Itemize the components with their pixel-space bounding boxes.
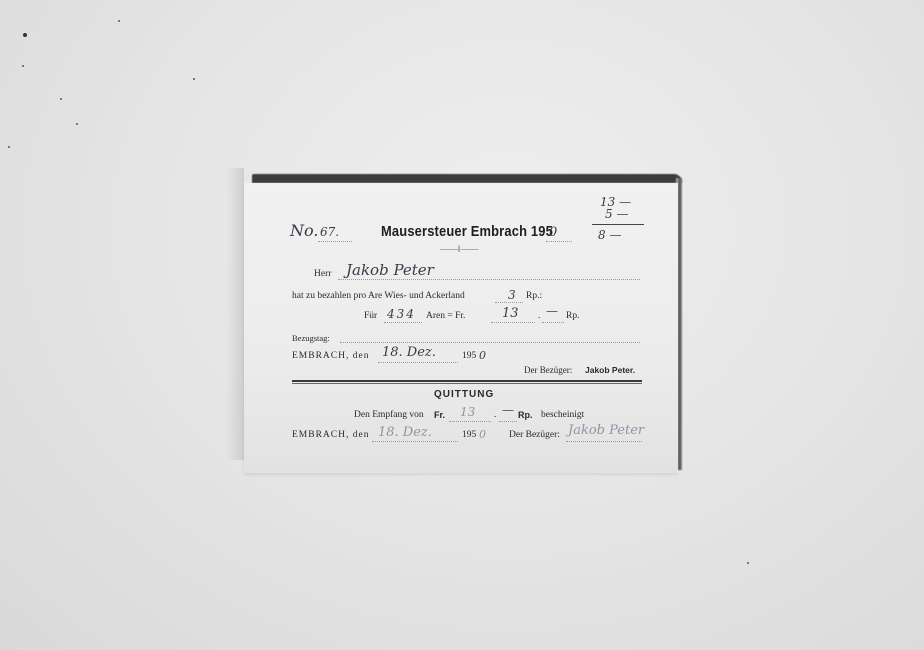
dust-speck	[118, 20, 120, 22]
receipt-year-suffix: 0	[479, 428, 486, 441]
amount-rp: —	[546, 304, 558, 318]
bezueger-label: Der Bezüger:	[524, 365, 572, 375]
dust-speck	[193, 78, 195, 80]
calc-line-2: 5 —	[605, 207, 628, 221]
receipt-fr-label: Fr.	[434, 410, 445, 420]
receipt-bescheinigt: bescheinigt	[541, 410, 584, 420]
dust-speck	[23, 33, 27, 37]
dust-speck	[76, 123, 78, 125]
dust-speck	[22, 65, 24, 67]
rp-label: Rp.	[566, 311, 579, 321]
dust-speck	[60, 98, 62, 100]
area-value: 434	[387, 307, 416, 321]
herr-name: Jakob Peter	[346, 261, 434, 279]
number-value: 67.	[320, 225, 339, 239]
receipt-date-value: 18. Dez.	[378, 425, 432, 440]
tax-receipt-document: No. 67. Mausersteuer Embrach 195 0 13 — …	[244, 183, 678, 473]
ornament-divider: ——‖——	[440, 244, 479, 254]
year-suffix: 0	[479, 349, 486, 362]
date-value: 18. Dez.	[382, 345, 436, 360]
receipt-rp-label: Rp.	[518, 410, 533, 420]
receipt-amount-rp: —	[502, 403, 514, 417]
receipt-amount-sep: .	[494, 410, 496, 420]
dust-speck	[747, 562, 749, 564]
pay-text: hat zu bezahlen pro Are Wies- und Ackerl…	[292, 291, 465, 301]
bezugstag-label: Bezugstag:	[292, 333, 330, 343]
receipt-empfang-label: Den Empfang von	[354, 410, 424, 420]
receipt-place-label: EMBRACH, den	[292, 430, 369, 440]
title-year-suffix: 0	[549, 225, 557, 240]
receipt-year-prefix: 195	[462, 430, 476, 440]
receipt-bezueger-label: Der Bezüger:	[509, 430, 560, 440]
dust-speck	[8, 146, 10, 148]
year-prefix: 195	[462, 351, 476, 361]
paper-shadow	[226, 168, 244, 460]
paper-top-edge	[252, 174, 682, 183]
aren-label: Aren = Fr.	[426, 311, 465, 321]
bezueger-name: Jakob Peter.	[585, 365, 635, 375]
fuer-label: Für	[364, 311, 377, 321]
number-label: No.	[290, 221, 318, 240]
document-title: Mausersteuer Embrach 195	[381, 223, 553, 240]
calc-result: 8 —	[598, 228, 621, 242]
rate-unit: Rp.:	[526, 291, 542, 301]
receipt-title: QUITTUNG	[434, 389, 494, 400]
rate-value: 3	[508, 288, 516, 302]
herr-label: Herr	[314, 269, 331, 279]
place-label: EMBRACH, den	[292, 351, 369, 361]
amount-fr: 13	[502, 306, 519, 321]
receipt-signature: Jakob Peter	[568, 423, 644, 438]
receipt-amount-fr: 13	[460, 405, 475, 419]
amount-sep: .	[538, 311, 540, 321]
